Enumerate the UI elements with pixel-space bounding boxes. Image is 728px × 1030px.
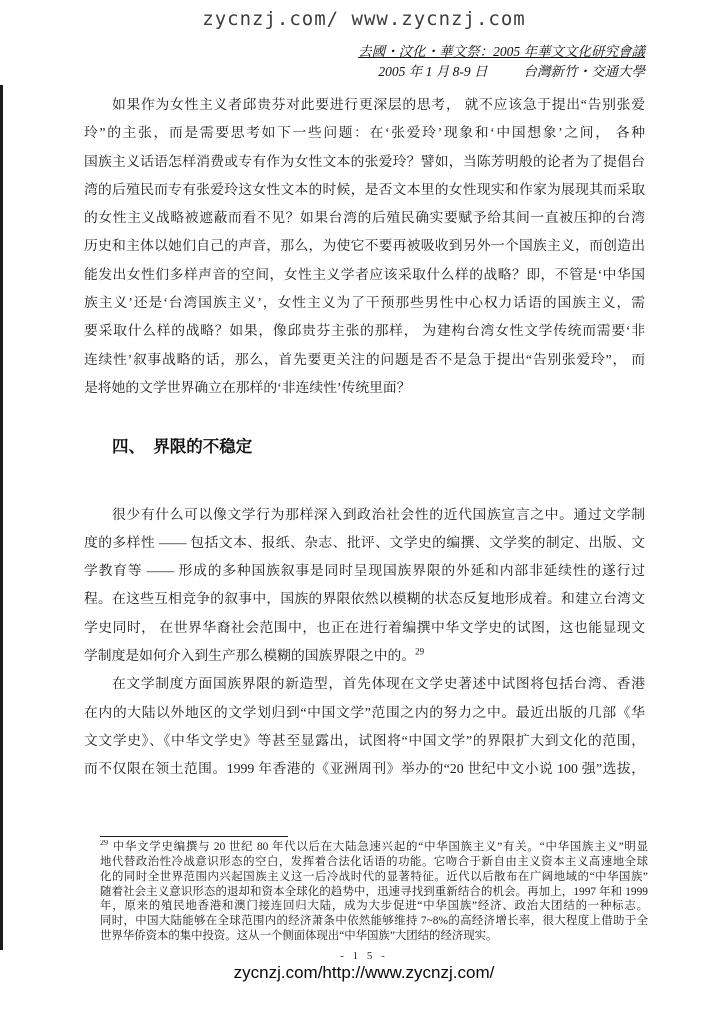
conference-date: 2005 年 1 月 8-9 日: [378, 64, 487, 79]
paragraph-line: 学教育等 —— 形成的多种国族叙事是同时呈现国族界限的外延和内部非延续性的遂行过: [84, 557, 645, 585]
paragraph-line: 连续性’叙事战略的话，那么，首先要更关注的问题是否不是急于提出“告别张爱玲”， …: [84, 346, 645, 374]
footnote-separator: [100, 836, 288, 837]
paragraph-line: 而不仅限在领土范围。1999 年香港的《亚洲周刊》举办的“20 世纪中文小说 1…: [84, 755, 645, 783]
paragraph-line: 学制度是如何介入到生产那么模糊的国族界限之中的。29: [84, 642, 645, 670]
footnote-line: 地代替政治性冷战意识形态的空白，发挥着合法化话语的功能。它吻合于新自由主义资本主…: [100, 855, 648, 870]
conference-venue: 台灣新竹・交通大學: [524, 64, 646, 79]
paragraph-line: 能发出女性们多样声音的空间，女性主义学者应该采取什么样的战略？即，不管是‘中华国: [84, 261, 645, 289]
scan-artifact-edge: [0, 85, 3, 950]
paragraph-line: 国族主义话语怎样消费或专有作为女性文本的张爱玲？譬如，当陈芳明般的论者为了提倡台: [84, 148, 645, 176]
footnote-reference: 29: [415, 646, 424, 656]
paragraph-line: 湾的后殖民而专有张爱玲这女性文本的时候，是否文本里的女性现实和作家为展现其而采取: [84, 176, 645, 204]
paragraph-line: 程。在这些互相竞争的叙事中，国族的界限依然以模糊的状态反复地形成着。和建立台湾文: [84, 585, 645, 613]
conference-title: 去國・汶化・華文祭：2005 年華文文化研究會議: [0, 42, 645, 62]
conference-date-venue: 2005 年 1 月 8-9 日台灣新竹・交通大學: [0, 62, 645, 82]
top-watermark-text: zycnzj.com/ www.zycnzj.com: [0, 8, 728, 30]
footnote: 29中华文学史编撰与 20 世纪 80 年代以后在大陆急速兴起的“中华国族主义”…: [100, 840, 648, 944]
paragraph-line: 历史和主体以她们自己的声音，那么，为使它不要再被吸收到另外一个国族主义，而创造出: [84, 232, 645, 260]
footnote-line: 年，原来的殖民地香港和澳门接连回归大陆，成为大步促进“中华国族”经济、政治大团结…: [100, 899, 648, 914]
page-number: - 1 5 -: [0, 950, 728, 962]
document-page: zycnzj.com/ www.zycnzj.com 去國・汶化・華文祭：200…: [0, 0, 728, 1030]
paragraph-line: 文文学史》、《中华文学史》等甚至显露出，试图将“中国文学”的界限扩大到文化的范围…: [84, 727, 645, 755]
paragraph-line: 的女性主义战略被遮蔽而看不见？如果台湾的后殖民确实要赋予给其间一直被压抑的台湾: [84, 204, 645, 232]
paragraph-line: 玲”的主张，而是需要思考如下一些问题：在‘张爱玲’现象和‘中国想象’之间， 各种: [84, 119, 645, 147]
paragraph-line: 学史同时， 在世界华裔社会范围中，也正在进行着编撰中华文学史的试图，这也能显现文: [84, 614, 645, 642]
section-heading: 四、 界限的不稳定: [84, 435, 645, 459]
paragraph-line: 是将她的文学世界确立在那样的‘非连续性’传统里面？: [84, 374, 645, 402]
footnote-line-text: 中华文学史编撰与 20 世纪 80 年代以后在大陆急速兴起的“中华国族主义”有关…: [112, 841, 648, 853]
paragraph-line-text: 学制度是如何介入到生产那么模糊的国族界限之中的。: [84, 648, 415, 663]
paragraph-line: 在文学制度方面国族界限的新造型，首先体现在文学史著述中试图将包括台湾、香港: [84, 670, 645, 698]
paragraph-line: 要采取什么样的战略？如果，像邱贵芬主张的那样， 为建构台湾女性文学传统而需要‘非: [84, 317, 645, 345]
paragraph-line: 在内的大陆以外地区的文学划归到“中国文学”范围之内的努力之中。最近出版的几部《华: [84, 699, 645, 727]
conference-header: 去國・汶化・華文祭：2005 年華文文化研究會議 2005 年 1 月 8-9 …: [0, 42, 645, 82]
bottom-watermark-text: zycnzj.com/http://www.zycnzj.com/: [0, 963, 728, 983]
footnote-line: 同时，中国大陆能够在全球范围内的经济萧条中依然能够维持 7~8%的高经济增长率，…: [100, 914, 648, 929]
footnote-line: 29中华文学史编撰与 20 世纪 80 年代以后在大陆急速兴起的“中华国族主义”…: [100, 840, 648, 855]
paragraph-line: 度的多样性 —— 包括文本、报纸、杂志、批评、文学史的编撰、文学奖的制定、出版、…: [84, 529, 645, 557]
document-body: 如果作为女性主义者邱贵芬对此要进行更深层的思考， 就不应该急于提出“告别张爱 玲…: [84, 91, 645, 784]
paragraph-line: 如果作为女性主义者邱贵芬对此要进行更深层的思考， 就不应该急于提出“告别张爱: [84, 91, 645, 119]
paragraph-line: 很少有什么可以像文学行为那样深入到政治社会性的近代国族宣言之中。通过文学制: [84, 501, 645, 529]
footnote-line: 世界华侨资本的集中投资。这从一个侧面体现出“中华国族”大团结的经济现实。: [100, 929, 648, 944]
footnote-line: 化的同时全世界范围内兴起国族主义这一后冷战时代的显著特征。近代以后散布在广阔地域…: [100, 870, 648, 885]
paragraph-line: 族主义’还是‘台湾国族主义’，女性主义为了干预那些男性中心权力话语的国族主义，需: [84, 289, 645, 317]
footnote-marker: 29: [100, 840, 108, 847]
footnote-line: 随着社会主义意识形态的退却和资本全球化的趋势中，迅速寻找到重新结合的机会。再加上…: [100, 885, 648, 900]
